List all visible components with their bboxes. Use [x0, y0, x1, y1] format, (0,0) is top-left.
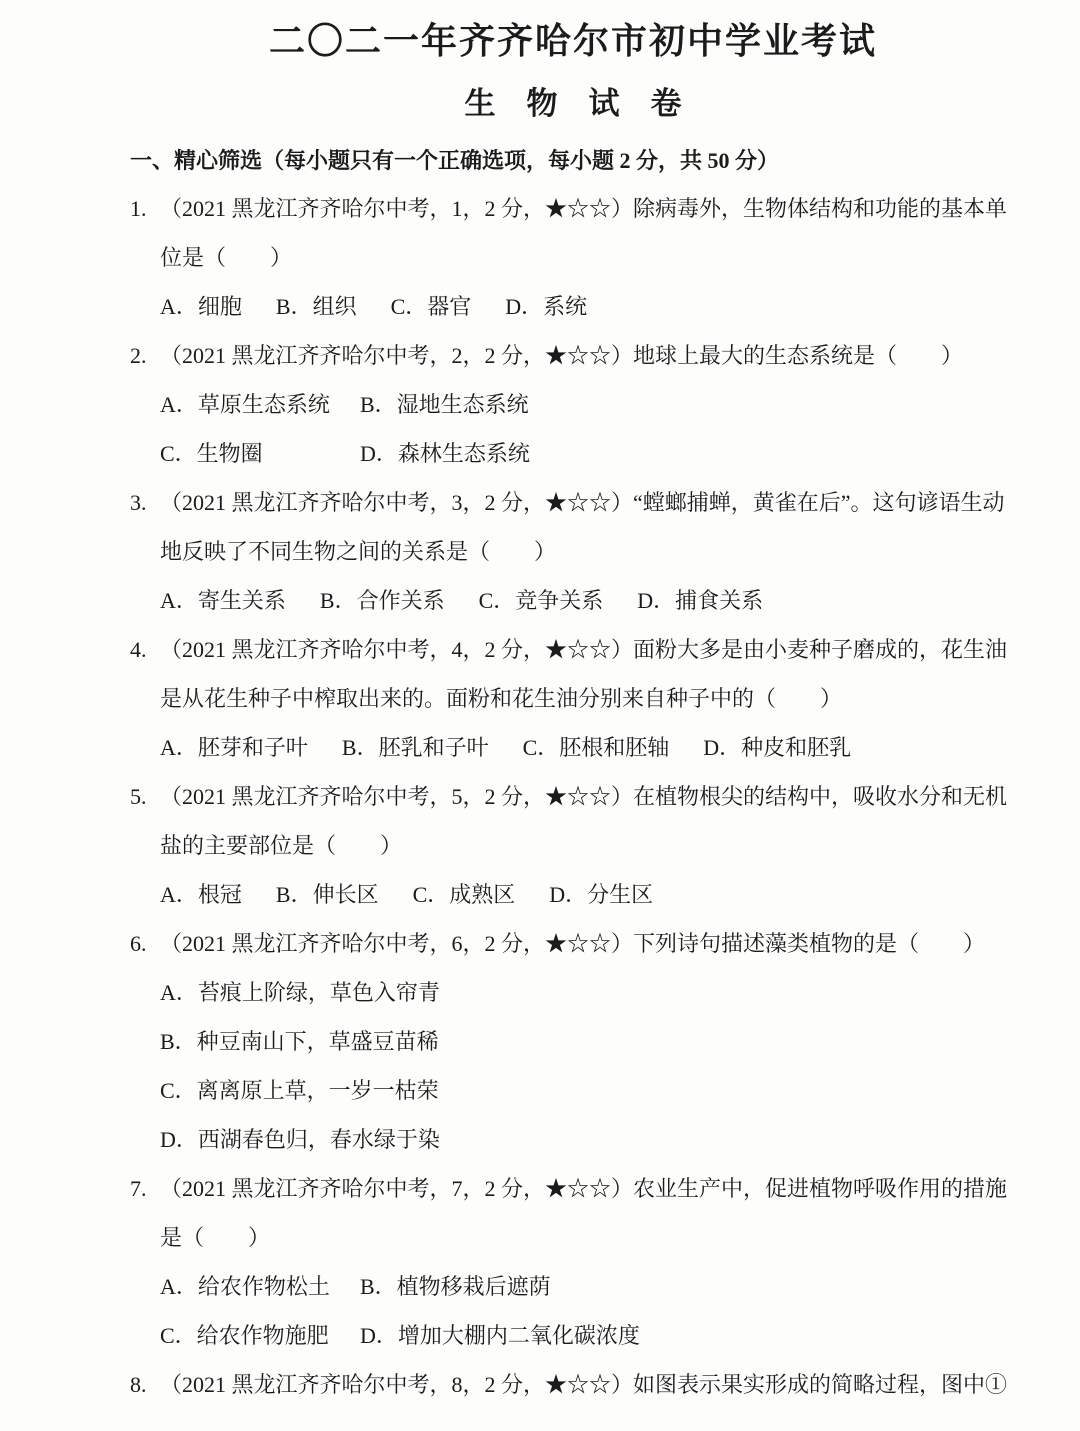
- question-stem-text: （2021 黑龙江齐齐哈尔中考，3，2 分，★☆☆）“螳螂捕蝉，黄雀在后”。这句…: [160, 490, 1005, 515]
- exam-page: 二〇二一年齐齐哈尔市初中学业考试 生 物 试 卷 一、精心筛选（每小题只有一个正…: [0, 0, 1080, 1431]
- question-5: 5.（2021 黑龙江齐齐哈尔中考，5，2 分，★☆☆）在植物根尖的结构中，吸收…: [130, 772, 1016, 919]
- question-stem-text: （2021 黑龙江齐齐哈尔中考，4，2 分，★☆☆）面粉大多是由小麦种子磨成的，…: [160, 637, 1007, 662]
- question-number: 6.: [130, 919, 160, 968]
- option: B．湿地生态系统: [360, 392, 529, 417]
- question-number: 8.: [130, 1360, 160, 1409]
- option: C．离离原上草，一岁一枯荣: [160, 1078, 439, 1103]
- option: C．器官: [391, 294, 472, 319]
- question-stem-line: 3.（2021 黑龙江齐齐哈尔中考，3，2 分，★☆☆）“螳螂捕蝉，黄雀在后”。…: [130, 478, 1016, 527]
- question-stem-line: 1.（2021 黑龙江齐齐哈尔中考，1，2 分，★☆☆）除病毒外，生物体结构和功…: [130, 184, 1016, 233]
- question-stem-text: （2021 黑龙江齐齐哈尔中考，2，2 分，★☆☆）地球上最大的生态系统是（ ）: [160, 343, 963, 368]
- option: D．系统: [505, 294, 587, 319]
- question-stem-text: （2021 黑龙江齐齐哈尔中考，7，2 分，★☆☆）农业生产中，促进植物呼吸作用…: [160, 1176, 1007, 1201]
- question-stem-text: （2021 黑龙江齐齐哈尔中考，8，2 分，★☆☆）如图表示果实形成的简略过程，…: [160, 1372, 1007, 1397]
- option-row: A．根冠B．伸长区C．成熟区D．分生区: [130, 870, 1016, 919]
- option-row: A．苔痕上阶绿，草色入帘青: [130, 968, 1016, 1017]
- question-number: 4.: [130, 625, 160, 674]
- option: B．伸长区: [276, 882, 379, 907]
- option: A．胚芽和子叶: [160, 735, 308, 760]
- option: D．分生区: [549, 882, 653, 907]
- question-stem-line: 8.（2021 黑龙江齐齐哈尔中考，8，2 分，★☆☆）如图表示果实形成的简略过…: [130, 1360, 1016, 1409]
- question-7: 7.（2021 黑龙江齐齐哈尔中考，7，2 分，★☆☆）农业生产中，促进植物呼吸…: [130, 1164, 1016, 1360]
- page-subtitle: 生 物 试 卷: [130, 81, 1016, 127]
- option: D．种皮和胚乳: [703, 735, 851, 760]
- option-row: A．胚芽和子叶B．胚乳和子叶C．胚根和胚轴D．种皮和胚乳: [130, 723, 1016, 772]
- option-row: A．细胞B．组织C．器官D．系统: [130, 282, 1016, 331]
- option: B．胚乳和子叶: [342, 735, 489, 760]
- option: A．寄生关系: [160, 588, 286, 613]
- question-6: 6.（2021 黑龙江齐齐哈尔中考，6，2 分，★☆☆）下列诗句描述藻类植物的是…: [130, 919, 1016, 1164]
- option-row: D．西湖春色归，春水绿于染: [130, 1115, 1016, 1164]
- option: B．组织: [276, 294, 357, 319]
- option: A．苔痕上阶绿，草色入帘青: [160, 980, 440, 1005]
- question-stem-line: 4.（2021 黑龙江齐齐哈尔中考，4，2 分，★☆☆）面粉大多是由小麦种子磨成…: [130, 625, 1016, 674]
- question-number: 1.: [130, 184, 160, 233]
- question-stem-line: 6.（2021 黑龙江齐齐哈尔中考，6，2 分，★☆☆）下列诗句描述藻类植物的是…: [130, 919, 1016, 968]
- option: A．给农作物松土: [160, 1262, 360, 1311]
- question-number: 3.: [130, 478, 160, 527]
- option: C．生物圈: [160, 429, 360, 478]
- option-row: C．离离原上草，一岁一枯荣: [130, 1066, 1016, 1115]
- question-number: 2.: [130, 331, 160, 380]
- question-3: 3.（2021 黑龙江齐齐哈尔中考，3，2 分，★☆☆）“螳螂捕蝉，黄雀在后”。…: [130, 478, 1016, 625]
- question-stem-line: 7.（2021 黑龙江齐齐哈尔中考，7，2 分，★☆☆）农业生产中，促进植物呼吸…: [130, 1164, 1016, 1213]
- question-stem-text: （2021 黑龙江齐齐哈尔中考，6，2 分，★☆☆）下列诗句描述藻类植物的是（ …: [160, 931, 985, 956]
- question-stem-line: 盐的主要部位是（ ）: [130, 821, 1016, 870]
- option-row: B．种豆南山下，草盛豆苗稀: [130, 1017, 1016, 1066]
- option-row: A．给农作物松土B．植物移栽后遮荫: [130, 1262, 1016, 1311]
- option: D．增加大棚内二氧化碳浓度: [360, 1323, 640, 1348]
- option: C．胚根和胚轴: [523, 735, 670, 760]
- option-row: A．草原生态系统B．湿地生态系统: [130, 380, 1016, 429]
- option: B．合作关系: [320, 588, 445, 613]
- option-row: C．生物圈D．森林生态系统: [130, 429, 1016, 478]
- option: C．给农作物施肥: [160, 1311, 360, 1360]
- question-1: 1.（2021 黑龙江齐齐哈尔中考，1，2 分，★☆☆）除病毒外，生物体结构和功…: [130, 184, 1016, 331]
- question-stem-line: 是（ ）: [130, 1213, 1016, 1262]
- question-4: 4.（2021 黑龙江齐齐哈尔中考，4，2 分，★☆☆）面粉大多是由小麦种子磨成…: [130, 625, 1016, 772]
- question-stem-line: 地反映了不同生物之间的关系是（ ）: [130, 527, 1016, 576]
- question-number: 7.: [130, 1164, 160, 1213]
- option: D．西湖春色归，春水绿于染: [160, 1127, 440, 1152]
- question-list: 1.（2021 黑龙江齐齐哈尔中考，1，2 分，★☆☆）除病毒外，生物体结构和功…: [130, 184, 1016, 1409]
- option: D．森林生态系统: [360, 441, 530, 466]
- option: C．成熟区: [413, 882, 516, 907]
- option: A．根冠: [160, 882, 242, 907]
- option: A．草原生态系统: [160, 380, 360, 429]
- option: C．竞争关系: [479, 588, 604, 613]
- question-stem-line: 位是（ ）: [130, 233, 1016, 282]
- question-stem-text: （2021 黑龙江齐齐哈尔中考，5，2 分，★☆☆）在植物根尖的结构中，吸收水分…: [160, 784, 1007, 809]
- option-row: C．给农作物施肥D．增加大棚内二氧化碳浓度: [130, 1311, 1016, 1360]
- question-stem-text: （2021 黑龙江齐齐哈尔中考，1，2 分，★☆☆）除病毒外，生物体结构和功能的…: [160, 196, 1007, 221]
- section-heading: 一、精心筛选（每小题只有一个正确选项，每小题 2 分，共 50 分）: [130, 143, 1016, 179]
- question-stem-line: 2.（2021 黑龙江齐齐哈尔中考，2，2 分，★☆☆）地球上最大的生态系统是（…: [130, 331, 1016, 380]
- option: A．细胞: [160, 294, 242, 319]
- option-row: A．寄生关系B．合作关系C．竞争关系D．捕食关系: [130, 576, 1016, 625]
- option: B．种豆南山下，草盛豆苗稀: [160, 1029, 439, 1054]
- question-2: 2.（2021 黑龙江齐齐哈尔中考，2，2 分，★☆☆）地球上最大的生态系统是（…: [130, 331, 1016, 478]
- option: D．捕食关系: [637, 588, 763, 613]
- page-title: 二〇二一年齐齐哈尔市初中学业考试: [130, 14, 1016, 68]
- question-stem-line: 是从花生种子中榨取出来的。面粉和花生油分别来自种子中的（ ）: [130, 674, 1016, 723]
- question-8: 8.（2021 黑龙江齐齐哈尔中考，8，2 分，★☆☆）如图表示果实形成的简略过…: [130, 1360, 1016, 1409]
- question-stem-line: 5.（2021 黑龙江齐齐哈尔中考，5，2 分，★☆☆）在植物根尖的结构中，吸收…: [130, 772, 1016, 821]
- option: B．植物移栽后遮荫: [360, 1274, 551, 1299]
- question-number: 5.: [130, 772, 160, 821]
